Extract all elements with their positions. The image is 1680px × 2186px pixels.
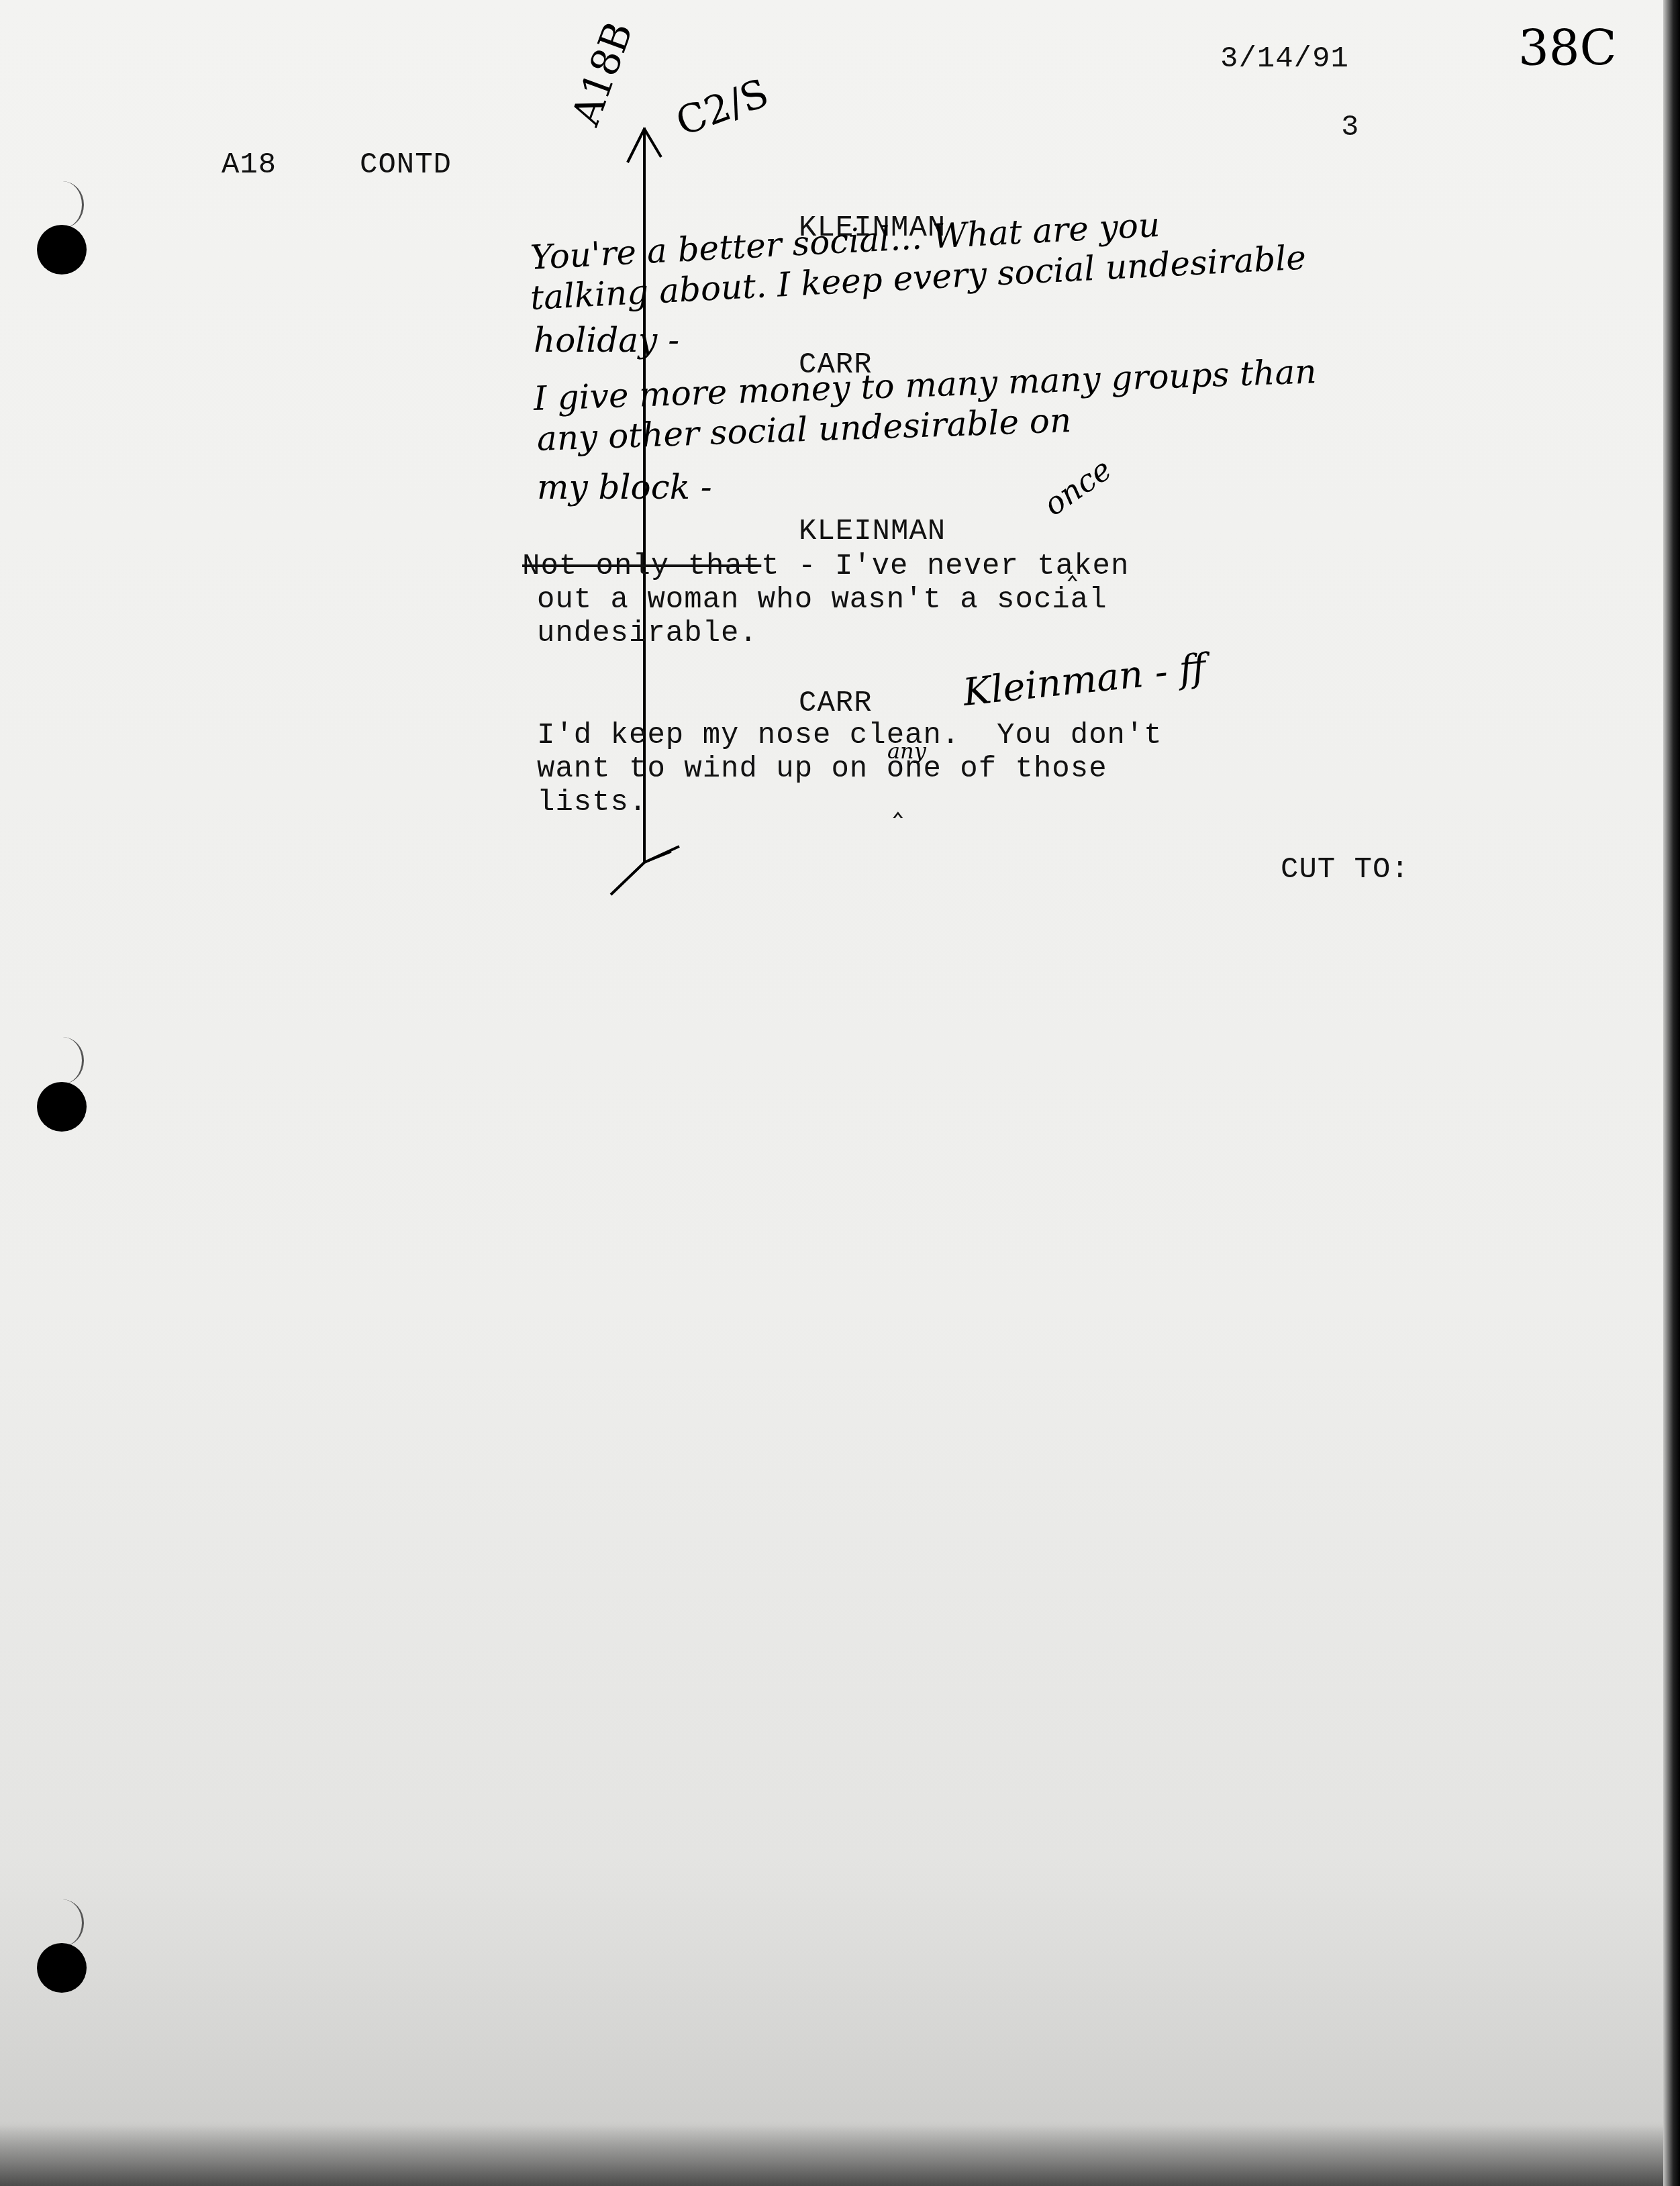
dialogue-line: lists.: [537, 785, 647, 820]
script-page: [0, 0, 1663, 2186]
page-number: 3: [1341, 110, 1359, 145]
handwritten-dialogue-line: holiday -: [534, 321, 679, 360]
scene-status: CONTD: [360, 148, 452, 183]
transition: CUT TO:: [1281, 852, 1410, 887]
handwritten-page-label: 38C: [1518, 20, 1617, 77]
dialogue-line: out a woman who wasn't a social: [537, 583, 1107, 617]
dialogue-line: I'd keep my nose clean. You don't: [537, 718, 1163, 753]
page-date: 3/14/91: [1220, 42, 1349, 77]
scan-shadow-bottom: [0, 2126, 1663, 2186]
scene-number: A18: [221, 148, 277, 183]
handwritten-dialogue-line: my block -: [537, 468, 712, 507]
scan-edge-right: [1663, 0, 1680, 2186]
insertion-caret: ‸: [1067, 545, 1078, 581]
binder-hole-middle: [37, 1082, 87, 1132]
binder-hole-ring-middle: [42, 1037, 84, 1084]
binder-hole-ring-bottom: [42, 1899, 84, 1946]
character-name: CARR: [799, 686, 873, 721]
dialogue-line: undesirable.: [537, 616, 758, 651]
binder-hole-bottom: [37, 1943, 87, 1993]
dialogue-line: Not only thatt - I've never taken: [522, 549, 1129, 584]
dialogue-line: want to wind up on one of those: [537, 752, 1107, 787]
binder-hole-ring-top: [42, 181, 84, 228]
struck-text: Not only that: [522, 550, 761, 583]
insertion-caret: ‸: [893, 782, 903, 818]
scene-split-tail: [604, 842, 685, 896]
character-name: KLEINMAN: [799, 514, 946, 549]
binder-hole-top: [37, 225, 87, 275]
